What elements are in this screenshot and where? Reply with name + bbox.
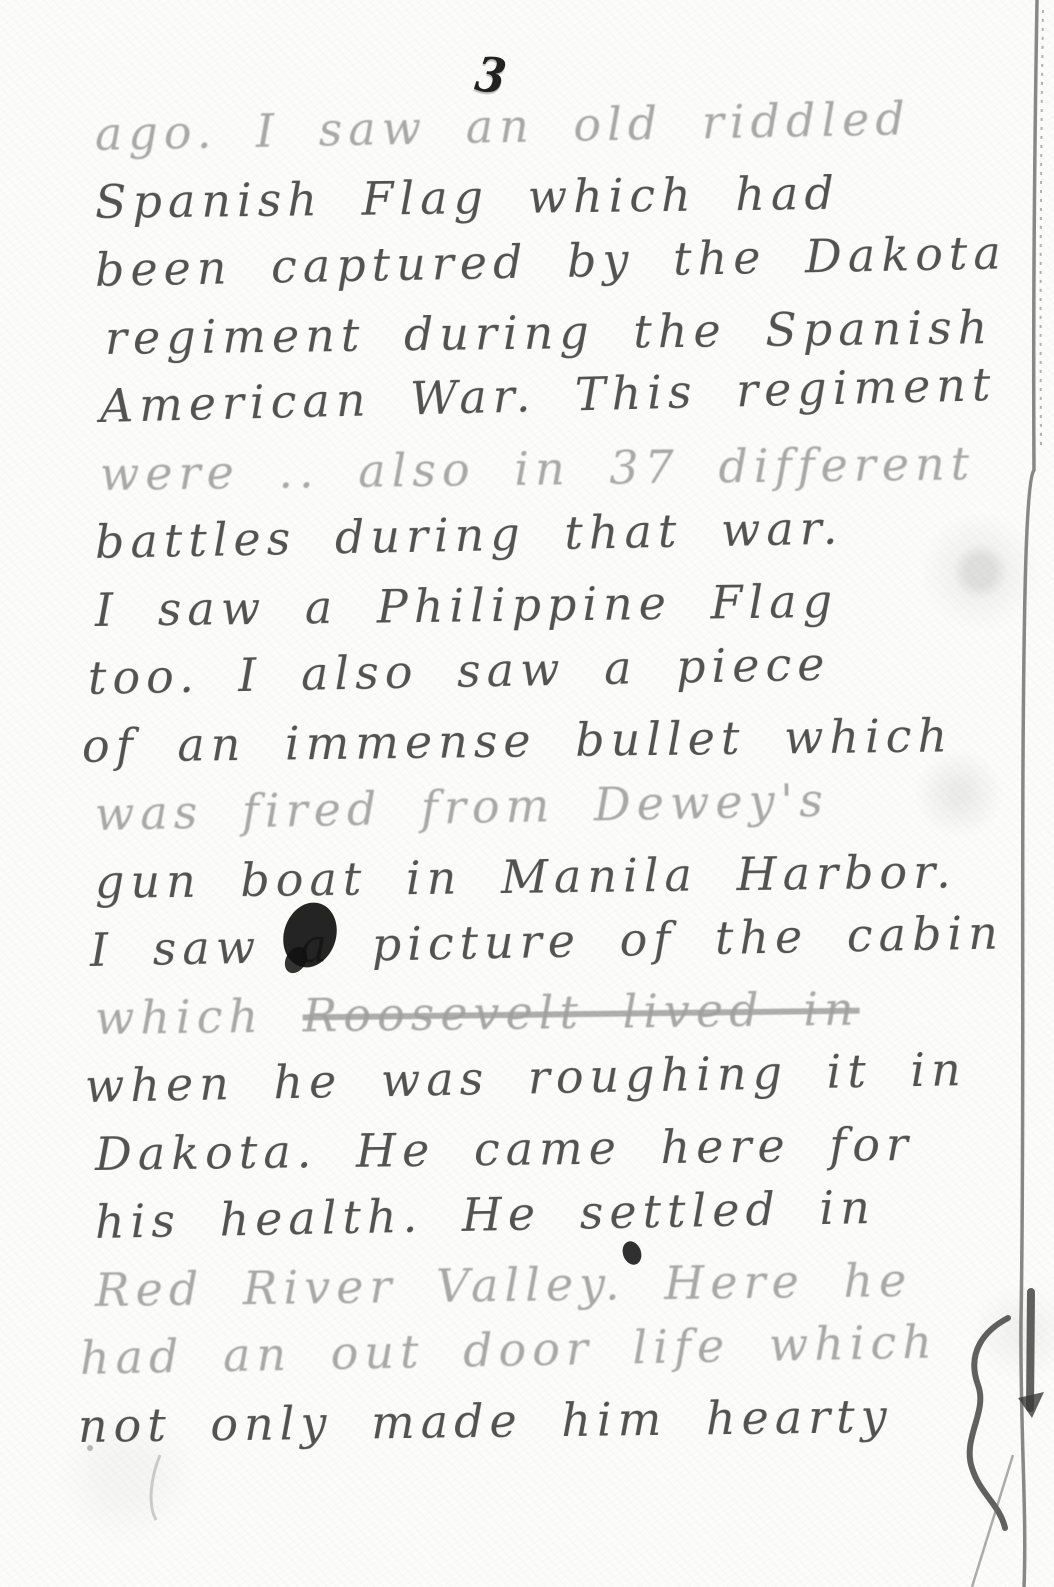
scanned-page: { "document": { "page_number": "3", "ink… — [0, 0, 1054, 1587]
handwritten-word: which — [95, 988, 303, 1045]
handwriting-text: ago. I saw an old riddledSpanish Flag wh… — [0, 104, 1054, 1464]
stray-speck-mark — [151, 1455, 160, 1520]
handwritten-line: not only made him hearty — [78, 1384, 1054, 1464]
handwritten-line: ago. I saw an old riddled — [94, 86, 1054, 172]
bottom-thin-diagonal — [972, 1455, 1013, 1587]
struck-through-words: Roosevelt lived in — [302, 982, 860, 1043]
